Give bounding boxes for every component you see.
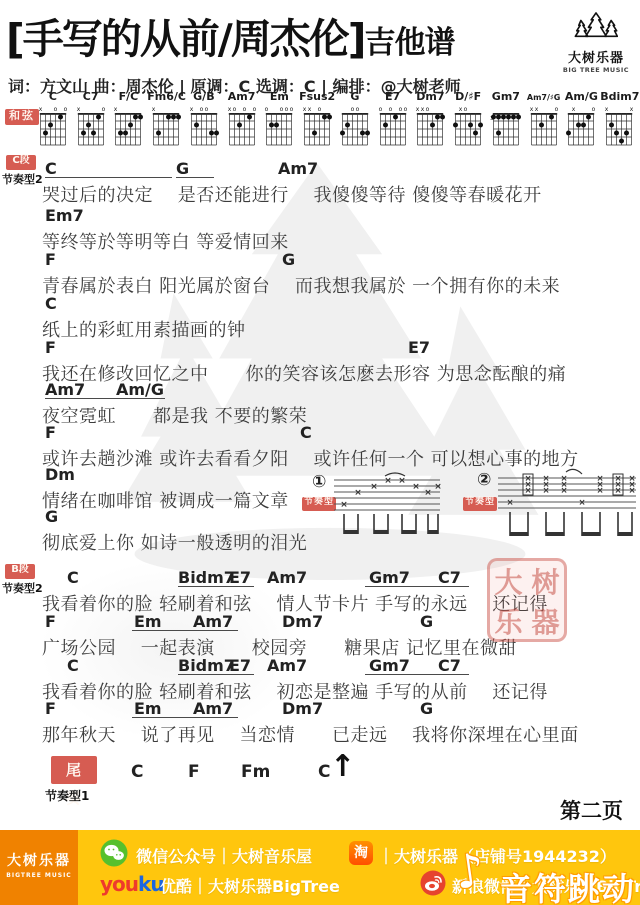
chord-label: Gm7 (369, 656, 410, 675)
strum-up-arrow: ↑ (330, 749, 355, 784)
chord-label: F (45, 250, 56, 269)
chord-diagrams-row: CxooC7xoF/CxFm6/CxG/BxooAm7xoooEmooooFsu… (34, 90, 638, 153)
svg-text:×: × (340, 500, 348, 510)
svg-text:x: x (152, 106, 156, 113)
svg-text:o: o (426, 106, 430, 113)
svg-text:×: × (578, 498, 585, 508)
title-suffix: 吉他谱 (364, 25, 454, 61)
svg-text:o: o (265, 106, 269, 113)
chord-label: F (45, 699, 56, 718)
tree-logo-icon (574, 10, 618, 42)
chord-diagram-name: C7 (72, 90, 110, 103)
svg-text:o: o (398, 106, 402, 113)
chord-label: G (45, 507, 58, 526)
brand-name: 大树乐器 (556, 47, 636, 66)
svg-text:x: x (459, 106, 463, 113)
svg-text:×: × (370, 482, 378, 492)
svg-text:o: o (280, 106, 284, 113)
chord-diagram-name: Dm7 (412, 90, 450, 103)
chord-diagram: Fsus2xxo (298, 90, 336, 153)
svg-text:o: o (356, 106, 360, 113)
chord-diagram: Am7/♯Gxxo (525, 90, 563, 153)
svg-text:o: o (554, 106, 558, 113)
seal-character: 大 (494, 561, 522, 601)
lyric-line: 哭过后的决定 是否还能进行 我傻傻等待 傻傻等春暖花开 (42, 181, 542, 207)
svg-text:x: x (114, 106, 118, 113)
lyric-line: 青春属於表白 阳光属於窗台 而我想我属於 一个拥有你的未来 (42, 272, 560, 298)
svg-text:x: x (529, 106, 533, 113)
svg-text:o: o (252, 106, 256, 113)
section-rhythm-label: 节奏型2 (2, 171, 43, 187)
chord-diagram-name: D/♯F (449, 90, 487, 103)
chord-grid: x (149, 103, 183, 149)
youku-logo: youku (100, 872, 164, 896)
svg-text:x: x (605, 106, 609, 113)
svg-text:o: o (351, 106, 355, 113)
chord-grid: xx (602, 103, 636, 149)
chord-label: Am7 (45, 380, 85, 399)
chord-label: Em (134, 612, 162, 631)
seal-character: 乐 (494, 601, 522, 641)
svg-text:×: × (434, 482, 442, 492)
chord-grid: xoo (187, 103, 221, 149)
svg-text:o: o (64, 106, 68, 113)
chord-label: Dm7 (282, 699, 323, 718)
svg-text:o: o (101, 106, 105, 113)
chord-diagram: D/♯Fxo (449, 90, 487, 153)
chord-grid: oooo (262, 103, 296, 149)
chord-label: C7 (438, 656, 461, 675)
chord-diagram-name: G/B (185, 90, 223, 103)
svg-text:o: o (290, 106, 294, 113)
chord-diagram: Gm73 (487, 90, 525, 153)
svg-text:o: o (592, 106, 596, 113)
weibo-icon (420, 870, 446, 896)
chord-diagram-name: Gm7 (487, 90, 525, 103)
chord-label: F (45, 612, 56, 631)
rhythm-pattern-1-number: ① (312, 472, 326, 492)
chord-diagram: G/Bxoo (185, 90, 223, 153)
chord-diagram-name: Fm6/C (147, 90, 185, 103)
chord-diagram-name: Am/G (563, 90, 601, 103)
chord-label: Dm7 (282, 612, 323, 631)
red-seal-watermark: 大树乐器 (487, 558, 567, 642)
seal-character: 树 (531, 561, 559, 601)
chord-label: C (300, 423, 312, 442)
chord-label: G (282, 250, 295, 269)
outro-chord-label: C (318, 762, 330, 782)
chord-label: C7 (438, 568, 461, 587)
section-rhythm-label: 节奏型2 (2, 580, 43, 596)
footer-brand-name: 大树乐器 (0, 850, 78, 870)
lyric-line: 情绪在咖啡馆 被调成一篇文章 (42, 487, 289, 513)
chord-label: Am/G (116, 380, 164, 399)
svg-text:x: x (534, 106, 538, 113)
chord-label: Bidm7 (178, 656, 235, 675)
svg-text:x: x (421, 106, 425, 113)
outro-rhythm-label: 节奏型1 (45, 787, 89, 804)
footer-youku-text: 优酷｜大树乐器BigTree (160, 874, 340, 897)
chord-label: Am7 (278, 159, 318, 178)
chord-label: E7 (229, 656, 251, 675)
chord-diagram: Dm7xxo (412, 90, 450, 153)
chord-diagram: E7oooo (374, 90, 412, 153)
chord-label: Am7 (193, 699, 233, 718)
svg-text:o: o (205, 106, 209, 113)
chord-diagram-name: Am7 (223, 90, 261, 103)
chord-diagram: F/Cx (110, 90, 148, 153)
chord-label: Am7 (193, 612, 233, 631)
chord-grid: x (111, 103, 145, 149)
svg-text:o: o (388, 106, 392, 113)
chord-grid: xo (451, 103, 485, 149)
chord-diagram: Am/Gxo (563, 90, 601, 153)
chord-label: F (45, 338, 56, 357)
svg-text:×: × (506, 498, 513, 508)
youku-logo-you: you (100, 872, 138, 896)
svg-text:x: x (227, 106, 231, 113)
chord-diagram-name: Bdim7 (600, 90, 638, 103)
chord-label: Am7 (267, 656, 307, 675)
svg-text:×: × (412, 482, 420, 492)
chord-diagram-name: G (336, 90, 374, 103)
footer-brand-sub: BIGTREE MUSIC (0, 872, 78, 879)
svg-text:o: o (403, 106, 407, 113)
chord-underline (45, 177, 172, 178)
svg-text:×: × (560, 486, 567, 496)
svg-text:x: x (39, 106, 43, 113)
rhythm-pattern-2-number: ② (477, 470, 491, 490)
rhythm-pattern-2-diagram: × ××× ××× ××× × ××× ××× ××× (496, 466, 640, 552)
chord-diagram-name: E7 (374, 90, 412, 103)
chord-label: E7 (408, 338, 430, 357)
taobao-icon: 淘 (349, 841, 373, 865)
chord-diagram-name: C (34, 90, 72, 103)
lyric-line: 那年秋天 说了再见 当恋情 已走远 我将你深埋在心里面 (42, 721, 579, 747)
chord-grid: xxo (413, 103, 447, 149)
chord-diagram-name: Em (261, 90, 299, 103)
outro-chord-label: Fm (241, 762, 270, 782)
brand-logo: 大树乐器 BIG TREE MUSIC (556, 10, 636, 74)
chord-grid: xxo (527, 103, 561, 149)
chord-grid: 3 (489, 103, 523, 149)
svg-text:o: o (242, 106, 246, 113)
outro-chord-label: C (131, 762, 143, 782)
page-number: 第二页 (560, 795, 623, 825)
chord-label: G (420, 699, 433, 718)
footer-bar: 大树乐器 BIGTREE MUSIC 微信公众号｜大树音乐屋 淘 ｜大树乐器（店… (0, 830, 640, 905)
svg-text:o: o (54, 106, 58, 113)
chord-label: Gm7 (369, 568, 410, 587)
chord-label: Dm (45, 465, 75, 484)
chord-diagram-name: F/C (110, 90, 148, 103)
chord-diagram: Cxoo (34, 90, 72, 153)
chord-diagram-name: Fsus2 (298, 90, 336, 103)
chord-label: E7 (229, 568, 251, 587)
wechat-icon (100, 839, 128, 867)
chord-label: C (45, 159, 57, 178)
chord-grid: xo (74, 103, 108, 149)
section-badge: C段 (6, 155, 36, 170)
chord-label: C (67, 656, 79, 675)
svg-text:o: o (200, 106, 204, 113)
chord-label: F (45, 423, 56, 442)
svg-text:o: o (378, 106, 382, 113)
chord-grid: oo (338, 103, 372, 149)
rhythm-pattern-1-badge: 节奏型 (302, 497, 336, 511)
chord-grid: xo (564, 103, 598, 149)
music-note-watermark-text: 音符跳动 (500, 864, 636, 905)
svg-text:x: x (303, 106, 307, 113)
svg-text:×: × (384, 476, 392, 486)
chord-grid: xooo (225, 103, 259, 149)
rhythm-pattern-2-badge: 节奏型 (463, 497, 497, 511)
svg-text:×: × (424, 488, 432, 498)
svg-text:o: o (232, 106, 236, 113)
svg-text:x: x (630, 106, 634, 113)
chord-label: C (45, 294, 57, 313)
page-title: [手写的从前/周杰伦]吉他谱 (6, 6, 454, 65)
svg-text:o: o (464, 106, 468, 113)
svg-text:×: × (596, 486, 603, 496)
svg-text:×: × (354, 488, 362, 498)
chord-diagram: Emoooo (261, 90, 299, 153)
lyric-line: 等终等於等明等白 等爱情回来 (42, 228, 289, 254)
rhythm-pattern-1-diagram: ××× ××× ×× (332, 470, 444, 548)
svg-text:o: o (318, 106, 322, 113)
footer-brand-block: 大树乐器 BIGTREE MUSIC (0, 830, 78, 905)
chord-label: G (420, 612, 433, 631)
chord-diagram: Am7xooo (223, 90, 261, 153)
chord-label: G (176, 159, 189, 178)
chord-diagram: Bdim7xx (600, 90, 638, 153)
svg-text:x: x (308, 106, 312, 113)
chord-label: Bidm7 (178, 568, 235, 587)
chord-diagram: C7xo (72, 90, 110, 153)
lyric-line: 纸上的彩虹用素描画的钟 (42, 316, 246, 342)
chord-label: Em (134, 699, 162, 718)
brand-sub: BIG TREE MUSIC (556, 66, 636, 74)
chord-grid: xxo (300, 103, 334, 149)
chord-grid: xoo (36, 103, 70, 149)
svg-text:o: o (285, 106, 289, 113)
lyric-line: 夜空霓虹 都是我 不要的繁荣 (42, 402, 307, 428)
chord-diagram: Goo (336, 90, 374, 153)
outro-chord-label: F (188, 762, 200, 782)
svg-text:×: × (628, 486, 635, 496)
outro-badge: 尾奏 (51, 756, 97, 784)
chord-label: Em7 (45, 206, 84, 225)
chord-grid: oooo (376, 103, 410, 149)
svg-text:×: × (398, 476, 406, 486)
svg-text:x: x (416, 106, 420, 113)
svg-text:x: x (190, 106, 194, 113)
chord-label: C (67, 568, 79, 587)
svg-text:×: × (542, 486, 549, 496)
title-main: [手写的从前/周杰伦] (6, 15, 364, 63)
chord-diagram: Fm6/Cx (147, 90, 185, 153)
footer-wechat-text: 微信公众号｜大树音乐屋 (136, 844, 312, 867)
section-badge: B段 (5, 564, 35, 579)
svg-text:x: x (76, 106, 80, 113)
seal-character: 器 (531, 601, 559, 641)
guitar-tab-sheet: [手写的从前/周杰伦]吉他谱 大树乐器 BIG TREE MUSIC 词：方文山… (0, 0, 640, 905)
svg-text:x: x (572, 106, 576, 113)
chord-label: Am7 (267, 568, 307, 587)
chord-diagram-name: Am7/♯G (525, 90, 563, 103)
lyric-line: 彻底爱上你 如诗一般透明的泪光 (42, 529, 307, 555)
